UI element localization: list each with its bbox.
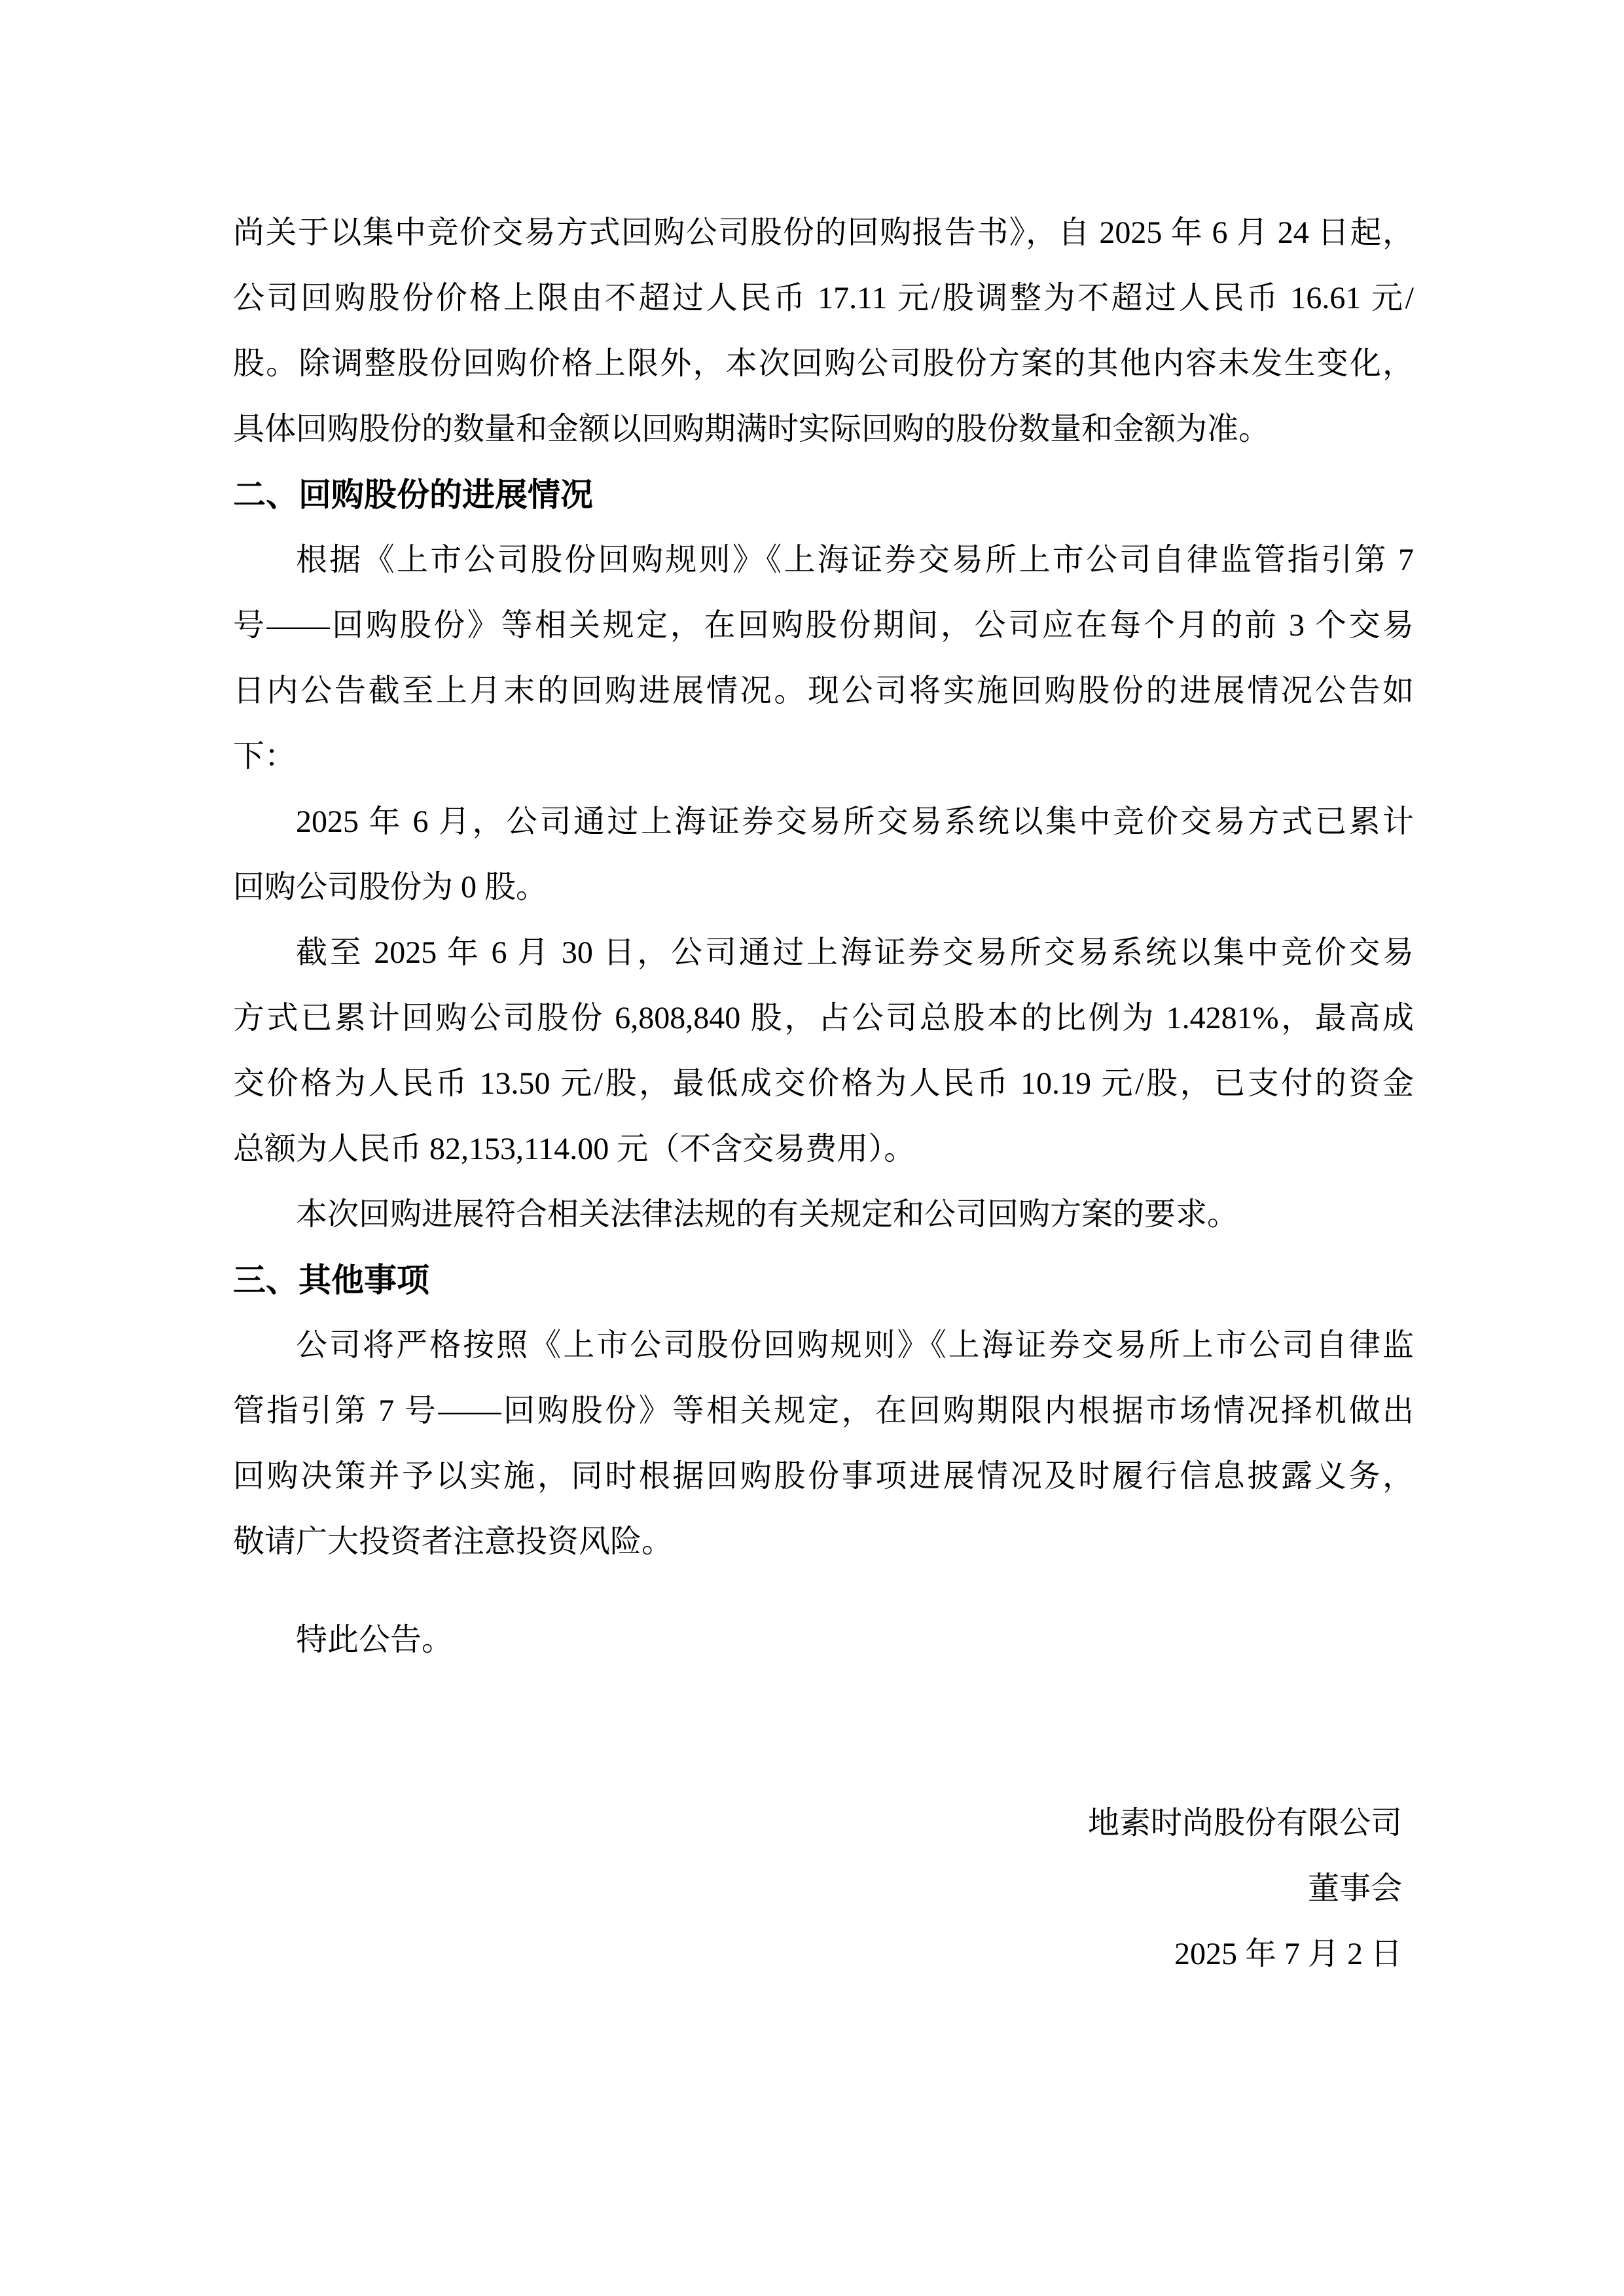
- signature-company: 地素时尚股份有限公司: [233, 1791, 1414, 1856]
- paragraph-line: 管指引第 7 号——回购股份》等相关规定，在回购期限内根据市场情况择机做出: [233, 1378, 1414, 1444]
- section-heading: 三、其他事项: [233, 1247, 1414, 1313]
- document-page: 尚关于以集中竞价交易方式回购公司股份的回购报告书》，自 2025 年 6 月 2…: [0, 0, 1624, 2296]
- paragraph-line: 回购决策并予以实施，同时根据回购股份事项进展情况及时履行信息披露义务，: [233, 1444, 1414, 1509]
- paragraph-line: 敬请广大投资者注意投资风险。: [233, 1509, 1414, 1575]
- paragraph-line: 公司回购股份价格上限由不超过人民币 17.11 元/股调整为不超过人民币 16.…: [233, 266, 1414, 331]
- paragraph-line: 号——回购股份》等相关规定，在回购股份期间，公司应在每个月的前 3 个交易: [233, 593, 1414, 658]
- section-heading: 二、回购股份的进展情况: [233, 462, 1414, 528]
- paragraph-line: 根据《上市公司股份回购规则》《上海证券交易所上市公司自律监管指引第 7: [233, 528, 1414, 593]
- paragraph-line: 股。除调整股份回购价格上限外，本次回购公司股份方案的其他内容未发生变化，: [233, 331, 1414, 397]
- paragraph-line: 截至 2025 年 6 月 30 日，公司通过上海证券交易所交易系统以集中竞价交…: [233, 920, 1414, 986]
- paragraph-line: 本次回购进展符合相关法律法规的有关规定和公司回购方案的要求。: [233, 1182, 1414, 1247]
- spacer: [233, 1575, 1414, 1607]
- paragraph-line: 2025 年 6 月，公司通过上海证券交易所交易系统以集中竞价交易方式已累计: [233, 789, 1414, 855]
- paragraph-line: 公司将严格按照《上市公司股份回购规则》《上海证券交易所上市公司自律监: [233, 1313, 1414, 1378]
- paragraph-line: 下：: [233, 724, 1414, 789]
- document-body: 尚关于以集中竞价交易方式回购公司股份的回购报告书》，自 2025 年 6 月 2…: [233, 200, 1414, 1987]
- spacer: [233, 1673, 1414, 1791]
- paragraph-line: 总额为人民币 82,153,114.00 元（不含交易费用）。: [233, 1117, 1414, 1182]
- paragraph-line: 方式已累计回购公司股份 6,808,840 股，占公司总股本的比例为 1.428…: [233, 986, 1414, 1051]
- paragraph-line: 尚关于以集中竞价交易方式回购公司股份的回购报告书》，自 2025 年 6 月 2…: [233, 200, 1414, 266]
- paragraph-line: 日内公告截至上月末的回购进展情况。现公司将实施回购股份的进展情况公告如: [233, 658, 1414, 724]
- paragraph-line: 交价格为人民币 13.50 元/股，最低成交价格为人民币 10.19 元/股，已…: [233, 1051, 1414, 1117]
- signature-date: 2025 年 7 月 2 日: [233, 1922, 1414, 1987]
- paragraph-line: 具体回购股份的数量和金额以回购期满时实际回购的股份数量和金额为准。: [233, 397, 1414, 462]
- paragraph-line: 特此公告。: [233, 1607, 1414, 1673]
- paragraph-line: 回购公司股份为 0 股。: [233, 855, 1414, 920]
- signature-board: 董事会: [233, 1856, 1414, 1922]
